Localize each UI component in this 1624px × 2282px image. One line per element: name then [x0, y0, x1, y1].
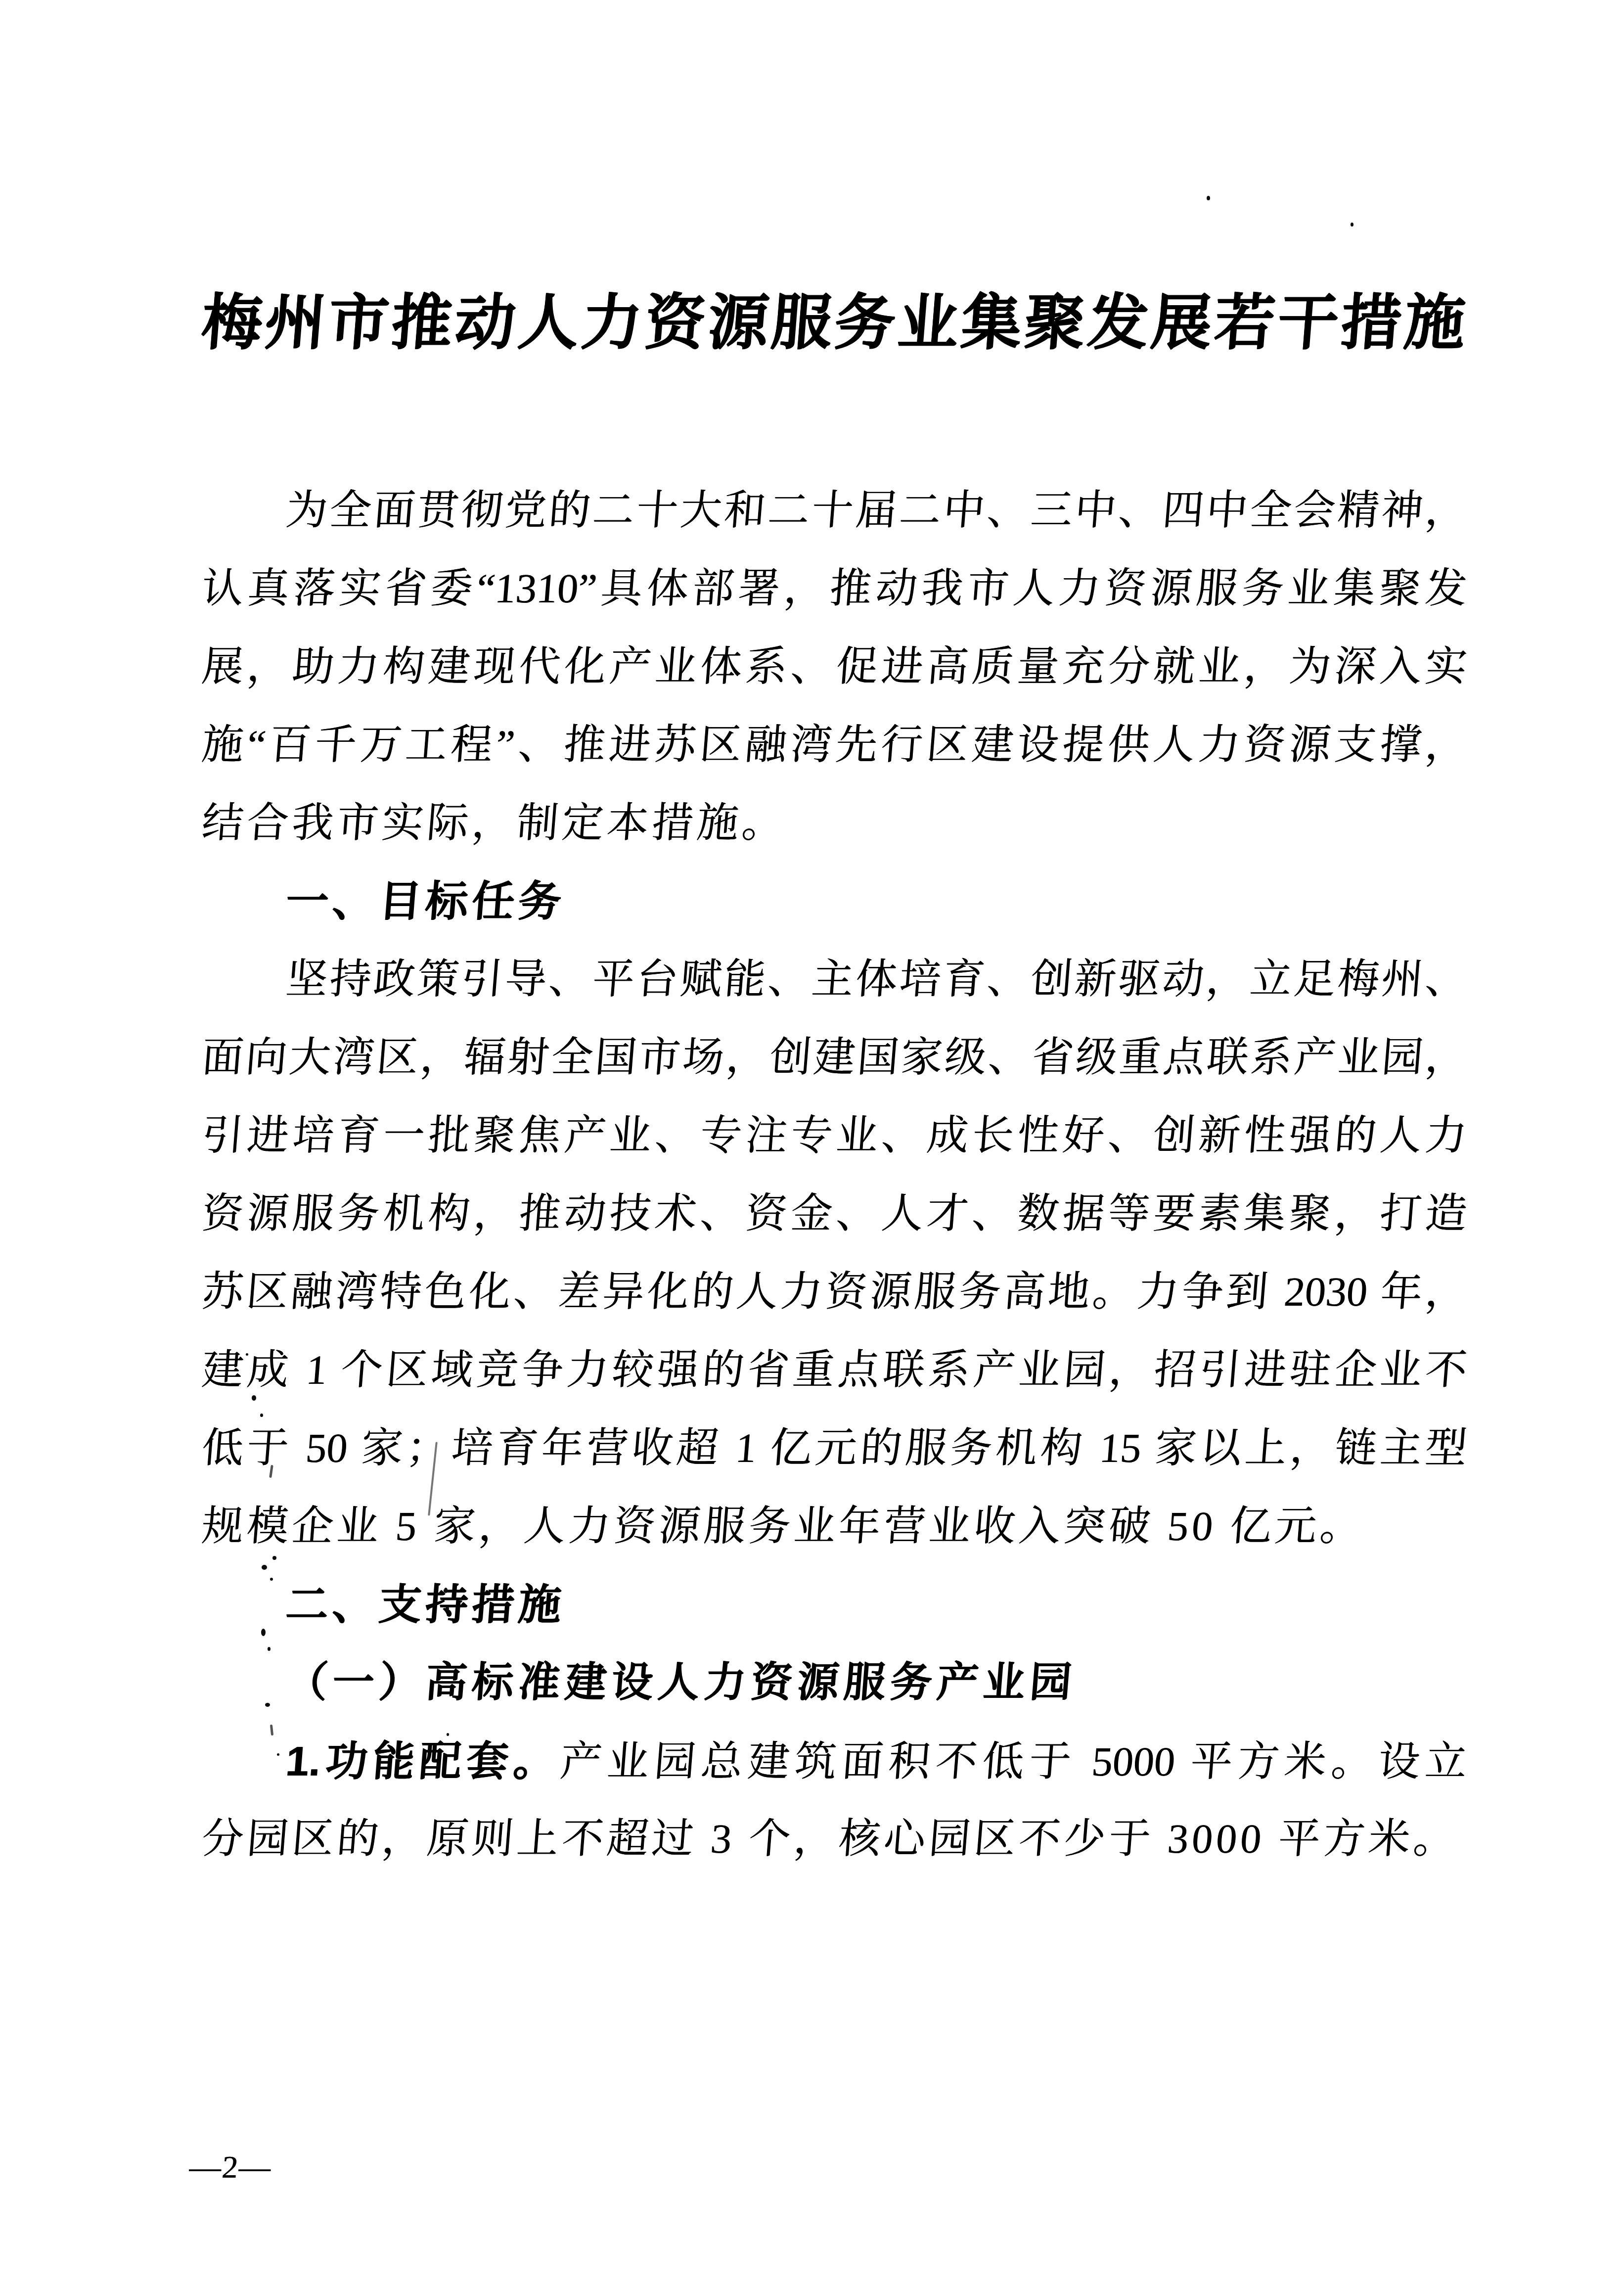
scan-artifact [1351, 223, 1353, 227]
paragraph-line: 1.功能配套。产业园总建筑面积不低于 5000 平方米。设立 [199, 1722, 1470, 1800]
scan-artifact [261, 1629, 266, 1636]
scan-artifact [252, 1395, 256, 1401]
scan-artifact [272, 1556, 276, 1560]
paragraph-line: 坚持政策引导、平台赋能、主体培育、创新驱动，立足梅州、 [199, 941, 1470, 1019]
subsection-heading-1: （一）高标准建设人力资源服务产业园 [199, 1644, 1470, 1722]
scan-artifact [262, 1565, 267, 1570]
doc-title: 梅州市推动人力资源服务业集聚发展若干措施 [198, 281, 1470, 364]
scan-artifact [447, 1733, 449, 1736]
paragraph-line: 结合我市实际，制定本措施。 [199, 784, 1470, 863]
scan-artifact [260, 1414, 263, 1417]
scan-artifact [446, 1606, 449, 1611]
page-number: —2— [187, 2145, 273, 2190]
scan-artifact [444, 1588, 448, 1593]
section-heading-1: 一、目标任务 [199, 863, 1470, 941]
scan-artifact [277, 1753, 279, 1756]
scan-artifact [268, 1647, 271, 1651]
paragraph-line: 为全面贯彻党的二十大和二十届二中、三中、四中全会精神， [199, 472, 1470, 550]
paragraph-line: 认真落实省委“1310”具体部署，推动我市人力资源服务业集聚发 [199, 550, 1470, 628]
document-page: 梅州市推动人力资源服务业集聚发展若干措施 为全面贯彻党的二十大和二十届二中、三中… [0, 0, 1624, 2282]
body-text: 为全面贯彻党的二十大和二十届二中、三中、四中全会精神， 认真落实省委“1310”… [202, 472, 1467, 1878]
scan-artifact [1207, 196, 1210, 200]
paragraph-line: 面向大湾区，辐射全国市场，创建国家级、省级重点联系产业园， [199, 1019, 1470, 1097]
paragraph-line: 苏区融湾特色化、差异化的人力资源服务高地。力争到 2030 年， [199, 1253, 1470, 1331]
scan-artifact [265, 1703, 270, 1707]
section-heading-2: 二、支持措施 [199, 1566, 1470, 1644]
paragraph-line: 规模企业 5 家，人力资源服务业年营业收入突破 50 亿元。 [199, 1488, 1470, 1566]
paragraph-line: 低于 50 家；培育年营收超 1 亿元的服务机构 15 家以上，链主型 [199, 1410, 1470, 1488]
paragraph-line: 展，助力构建现代化产业体系、促进高质量充分就业，为深入实 [199, 628, 1470, 706]
content-column: 梅州市推动人力资源服务业集聚发展若干措施 为全面贯彻党的二十大和二十届二中、三中… [202, 281, 1467, 1878]
paragraph-line: 建成 1 个区域竞争力较强的省重点联系产业园，招引进驻企业不 [199, 1331, 1470, 1410]
scan-artifact [270, 1578, 273, 1581]
item-bold-label: 1.功能配套。 [284, 1738, 562, 1784]
paragraph-line: 资源服务机构，推动技术、资金、人才、数据等要素集聚，打造 [199, 1175, 1470, 1253]
scan-artifact [246, 1353, 248, 1356]
paragraph-line: 施“百千万工程”、推进苏区融湾先行区建设提供人力资源支撑， [199, 706, 1470, 784]
item-text: 产业园总建筑面积不低于 5000 平方米。设立 [558, 1739, 1468, 1785]
paragraph-line: 引进培育一批聚焦产业、专注专业、成长性好、创新性强的人力 [199, 1097, 1470, 1175]
paragraph-line: 分园区的，原则上不超过 3 个，核心园区不少于 3000 平方米。 [199, 1800, 1470, 1878]
